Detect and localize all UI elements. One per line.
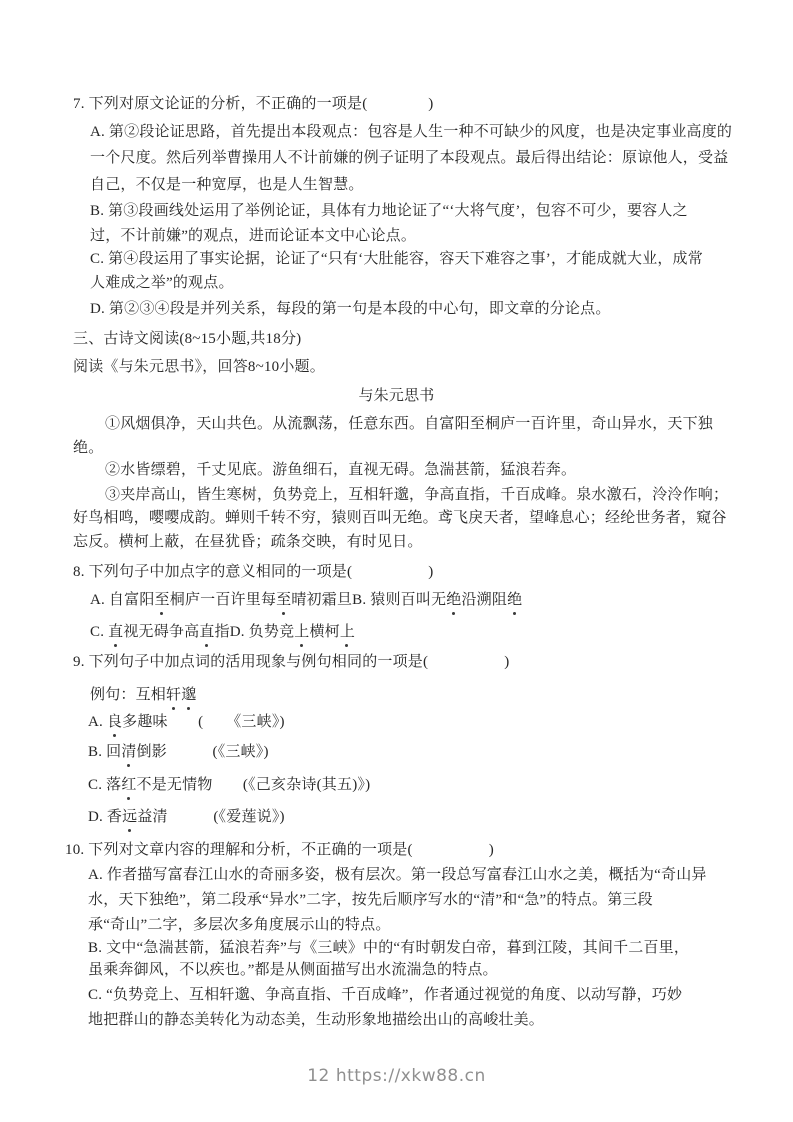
question-7-option-c-line-1: C. 第④段运用了事实论据，论证了“只有‘大肚能容，容天下难容之事’，才能成就大… <box>90 249 703 269</box>
question-10-option-a-line-1: A. 作者描写富春江山水的奇丽多姿，极有层次。第一段总写富春江山水之美，概括为“… <box>88 865 707 885</box>
question-10-option-b-line-2: 虽乘奔御风，不以疾也。”都是从侧面描写出水流湍急的特点。 <box>88 960 498 980</box>
passage-paragraph-3-line-2: 好鸟相鸣，嘤嘤成韵。蝉则千转不穷，猿则百叫无绝。鸢飞戾天者，望峰息心；经纶世务者… <box>73 508 727 528</box>
question-10-option-a-line-3: 承“奇山”二字，多层次多角度展示山的特点。 <box>88 915 391 935</box>
emphasis-dotted-char: 上 <box>294 622 309 642</box>
exam-page: 7. 下列对原文论证的分析，不正确的一项是( ) A. 第②段论证思路，首先提出… <box>0 0 793 1122</box>
question-9-option-c: C. 落红不是无情物 (《己亥杂诗(其五)》) <box>88 775 370 795</box>
question-10-option-b-line-1: B. 文中“急湍甚箭，猛浪若奔”与《三峡》中的“有时朝发白帝，暮到江陵，其间千二… <box>88 938 689 958</box>
passage-paragraph-3-line-3: 忘反。横柯上蔽，在昼犹昏；疏条交映，有时见日。 <box>73 532 423 552</box>
emphasis-dotted-char: 直 <box>199 622 214 642</box>
section-3-heading: 三、古诗文阅读(8~15小题,共18分) <box>73 329 301 349</box>
passage-paragraph-1-line-1: ①风烟俱净，天山共色。从流飘荡，任意东西。自富阳至桐庐一百许里，奇山异水，天下独 <box>105 414 713 434</box>
emphasis-dotted-char: 良 <box>107 712 122 732</box>
passage-title: 与朱元思书 <box>0 386 793 406</box>
emphasis-dotted-char: 远 <box>122 807 137 827</box>
question-7-option-c-line-2: 人难成之举”的观点。 <box>90 273 234 293</box>
passage-paragraph-2: ②水皆缥碧，千丈见底。游鱼细石，直视无碍。急湍甚箭，猛浪若奔。 <box>105 460 576 480</box>
emphasis-dotted-char: 至 <box>155 590 170 610</box>
page-footer: 12https://xkw88.cn <box>0 1066 793 1086</box>
question-10-option-c-line-2: 地把群山的静态美转化为动态美，生动形象地描绘出山的高峻壮美。 <box>88 1010 544 1030</box>
question-9-stem: 9. 下列句子中加点词的活用现象与例句相同的一项是( ) <box>73 652 509 672</box>
emphasis-dotted-char: 上 <box>340 622 355 642</box>
question-10-stem: 10. 下列对文章内容的理解和分析，不正确的一项是( ) <box>65 840 494 860</box>
emphasis-dotted-char: 轩 <box>166 685 181 705</box>
passage-paragraph-3-line-1: ③夹岸高山，皆生寒树，负势竞上，互相轩邈，争高直指，千百成峰。泉水激石，泠泠作响… <box>105 485 728 505</box>
emphasis-dotted-char: 绝 <box>507 590 522 610</box>
question-8-stem: 8. 下列句子中加点字的意义相同的一项是( ) <box>73 562 433 582</box>
question-7-option-b-line-2: 过，不计前嫌”的观点，进而论证本文中心论点。 <box>90 226 416 246</box>
question-7-option-a-line-3: 自己，不仅是一种宽厚，也是人生智慧。 <box>90 175 364 195</box>
section-3-intro: 阅读《与朱元思书》，回答8~10小题。 <box>73 357 325 377</box>
emphasis-dotted-char: 至 <box>276 590 291 610</box>
question-9-example: 例句：互相轩邈 <box>90 685 196 705</box>
question-9-option-d: D. 香远益清 (《爱莲说》) <box>88 807 285 827</box>
emphasis-dotted-char: 绝 <box>446 590 461 610</box>
question-9-option-a: A. 良多趣味 ( 《三峡》) <box>88 712 285 732</box>
emphasis-dotted-char: 清 <box>121 742 136 762</box>
emphasis-dotted-char: 邈 <box>181 685 196 705</box>
question-7-option-a-line-1: A. 第②段论证思路，首先提出本段观点：包容是人生一种不可缺少的风度，也是决定事… <box>90 122 732 142</box>
page-number: 12 <box>307 1066 330 1086</box>
question-10-option-c-line-1: C. “负势竞上、互相轩邈、争高直指、千百成峰”，作者通过视觉的角度、以动写静，… <box>88 985 682 1005</box>
emphasis-dotted-char: 红 <box>121 775 136 795</box>
question-10-option-a-line-2: 水，天下独绝”，第二段承“异水”二字，按先后顺序写水的“清”和“急”的特点。第三… <box>88 890 653 910</box>
question-8-options-ab: A. 自富阳至桐庐一百许里每至晴初霜旦B. 猿则百叫无绝沿溯阻绝 <box>90 590 522 610</box>
passage-paragraph-1-line-2: 绝。 <box>73 438 103 458</box>
emphasis-dotted-char: 直 <box>108 622 123 642</box>
footer-url: https://xkw88.cn <box>336 1066 486 1086</box>
question-7-option-a-line-2: 一个尺度。然后列举曹操用人不计前嫌的例子证明了本段观点。最后得出结论：原谅他人，… <box>90 148 728 168</box>
question-9-option-b: B. 回清倒影 (《三峡》) <box>88 742 269 762</box>
question-7-option-b-line-1: B. 第③段画线处运用了举例论证，具体有力地论证了“‘大将气度’，包容不可少，要… <box>90 201 688 221</box>
question-8-options-cd: C. 直视无碍争高直指D. 负势竞上横柯上 <box>90 622 355 642</box>
question-7-option-d: D. 第②③④段是并列关系，每段的第一句是本段的中心句，即文章的分论点。 <box>90 299 611 319</box>
question-7-stem: 7. 下列对原文论证的分析，不正确的一项是( ) <box>73 94 433 114</box>
